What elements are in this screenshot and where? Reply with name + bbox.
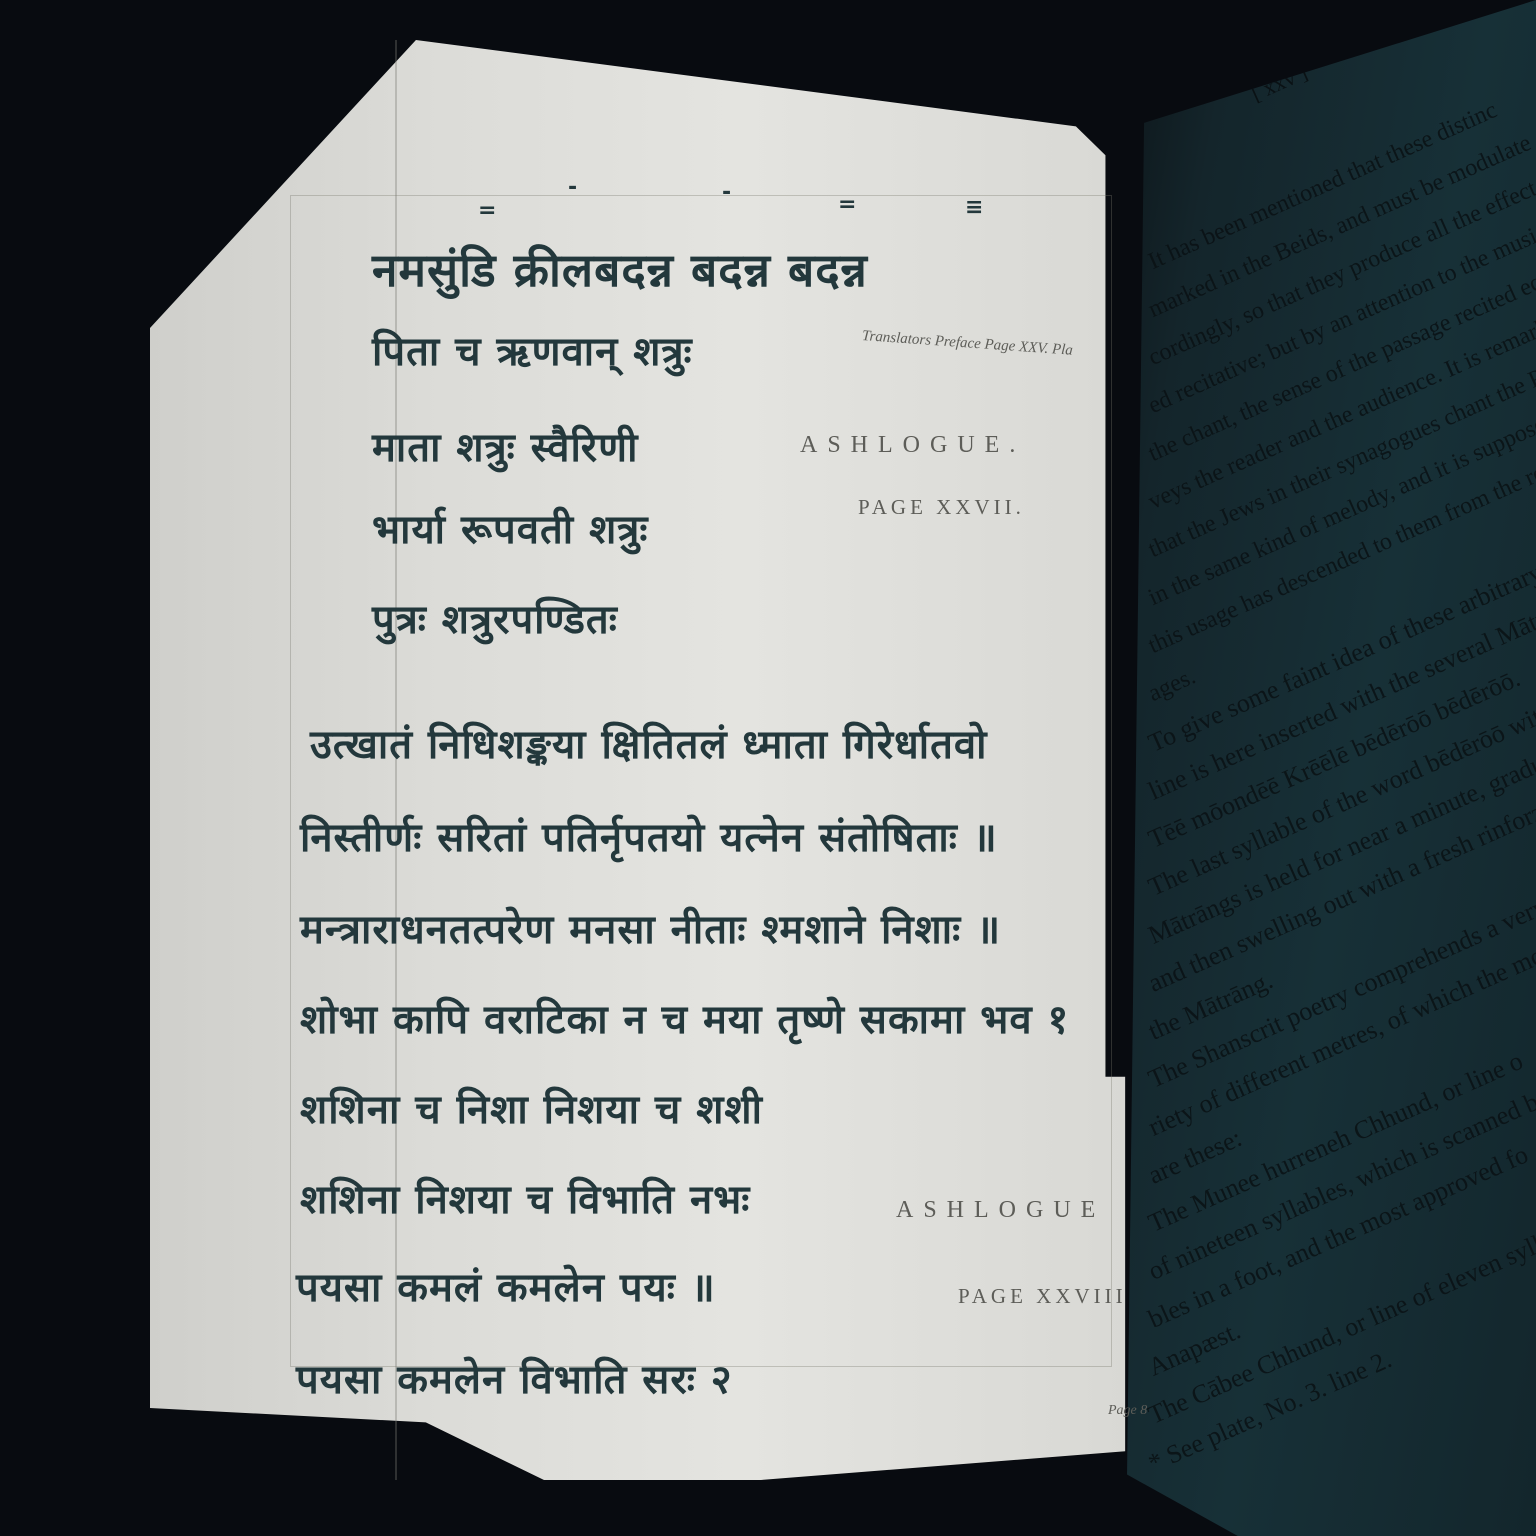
verse-line: उत्खातं निधिशङ्कया क्षितितलं ध्माता गिरे…: [310, 715, 988, 770]
section-title: ASHLOGUE.: [800, 432, 1025, 459]
notation-mark: =: [478, 198, 496, 223]
verse-line: शशिना निशया च विभाति नभः: [300, 1170, 750, 1225]
facing-book-page: [ xxv ] It has been mentioned that these…: [1110, 0, 1536, 1536]
verse-line: पयसा कमलेन विभाति सरः २: [296, 1350, 733, 1405]
verse-line: निस्तीर्णः सरितां पतिर्नृपतयो यत्नेन संत…: [300, 808, 998, 863]
verse-line: पयसा कमलं कमलेन पयः ॥: [296, 1258, 716, 1313]
verse-line: नमसुंडि क्रीलबदन्न बदन्न बदन्न: [372, 238, 868, 300]
verse-line: पिता च ऋणवान् शत्रुः: [372, 322, 693, 377]
verse-line: मन्त्राराधनतत्परेण मनसा नीताः श्मशाने नि…: [300, 900, 1001, 955]
verse-line: भार्या रूपवती शत्रुः: [372, 500, 648, 555]
facing-text-line: ages.: [1145, 663, 1200, 707]
section-page-ref: PAGE XXVIII: [958, 1284, 1127, 1309]
footer-note: Page 8: [1108, 1403, 1147, 1419]
verse-line: पुत्रः शत्रुरपण्डितः: [372, 590, 618, 645]
notation-mark: -: [722, 180, 731, 205]
notation-mark: ≡: [965, 195, 983, 220]
notation-mark: =: [838, 192, 856, 217]
section-title: ASHLOGUE: [896, 1197, 1105, 1224]
verse-line: शोभा कापि वराटिका न च मया तृष्णे सकामा भ…: [300, 990, 1069, 1045]
verse-line: शशिना च निशा निशया च शशी: [300, 1080, 763, 1135]
section-page-ref: PAGE XXVII.: [858, 495, 1025, 520]
verse-line: माता शत्रुः स्वैरिणी: [372, 418, 638, 473]
notation-mark: -: [568, 175, 577, 200]
